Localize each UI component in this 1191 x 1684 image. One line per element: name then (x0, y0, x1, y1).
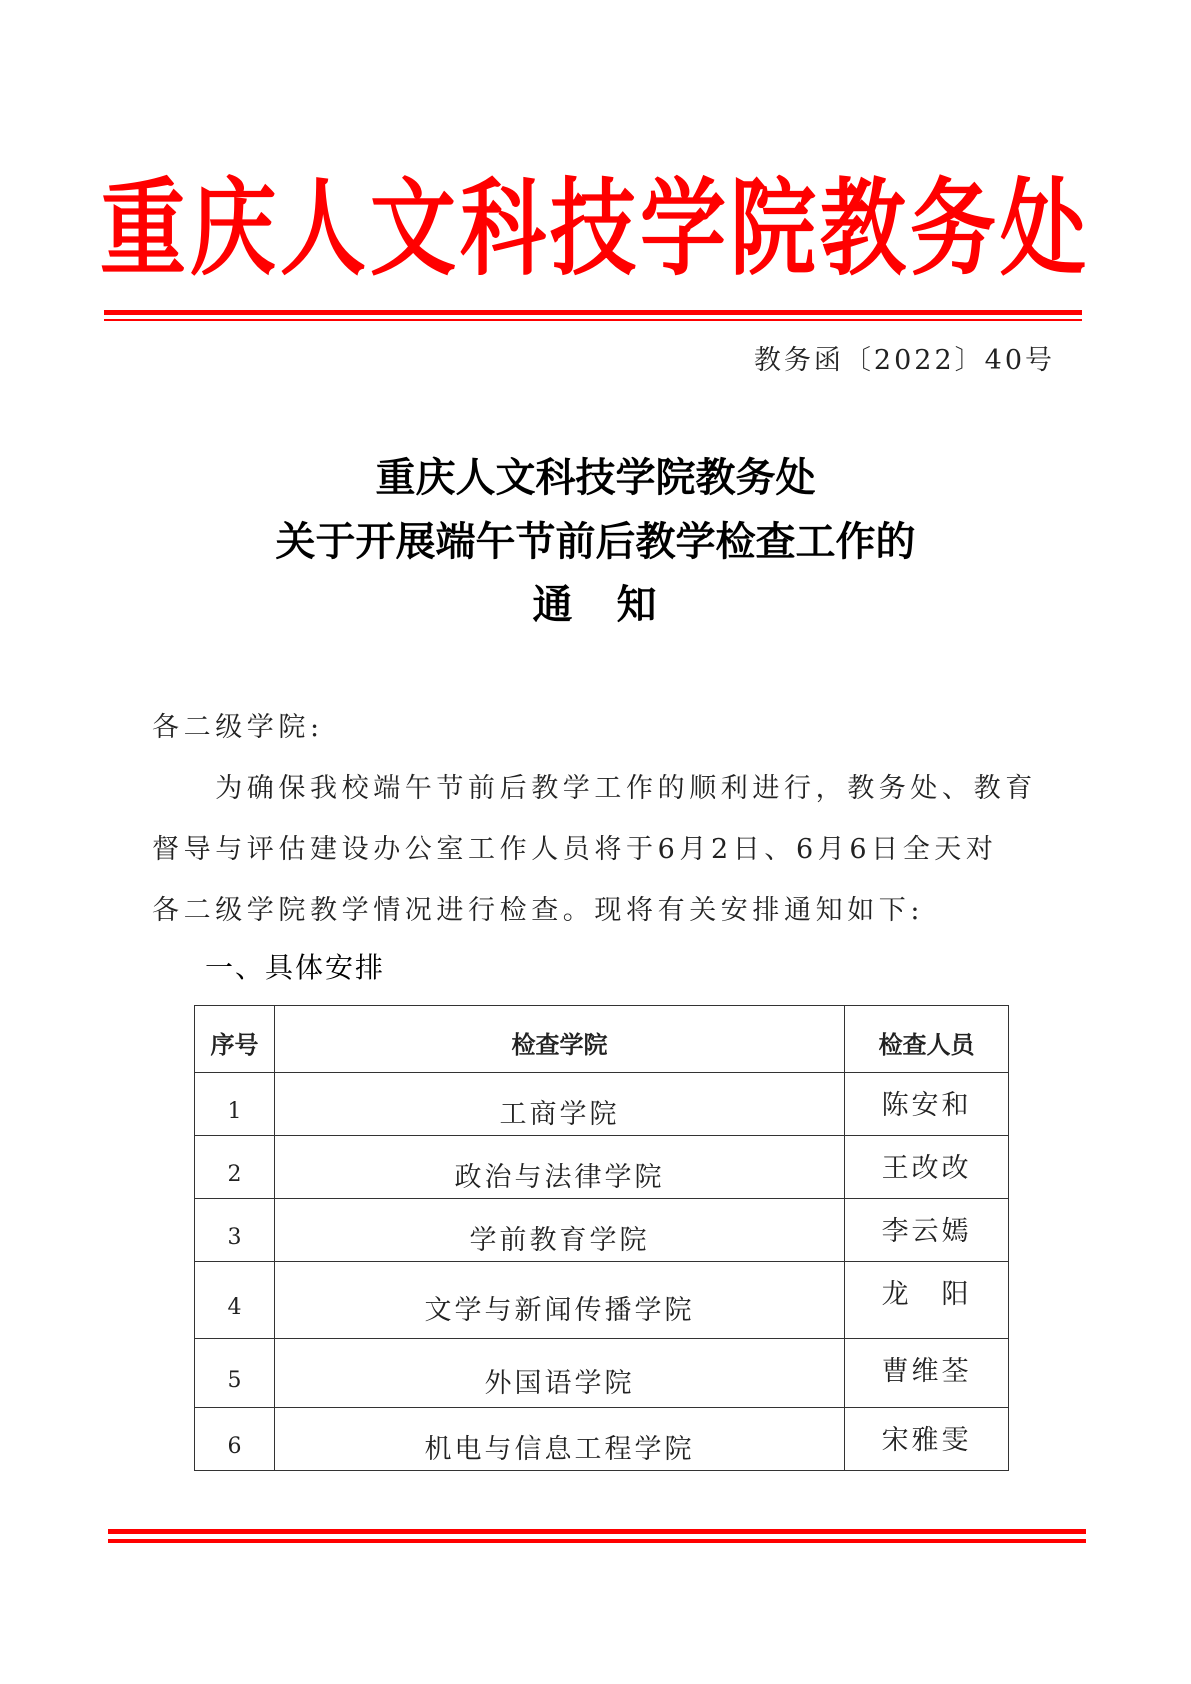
title-line-2: 关于开展端午节前后教学检查工作的 (0, 510, 1191, 567)
row-inspector: 龙 阳 (845, 1262, 1009, 1339)
row-inspector: 李云嫣 (845, 1199, 1009, 1262)
row-inspector: 宋雅雯 (845, 1408, 1009, 1471)
masthead-title: 重庆人文科技学院教务处 (100, 144, 1090, 295)
header-college: 检查学院 (274, 1006, 844, 1073)
document-number: 教务函〔2022〕40号 (754, 338, 1055, 377)
salutation: 各二级学院: (152, 705, 324, 744)
masthead: 重庆人文科技学院教务处 (100, 160, 1090, 280)
row-number: 3 (195, 1199, 275, 1262)
header-inspector: 检查人员 (845, 1006, 1009, 1073)
paragraph-line-3: 各二级学院教学情况进行检查。现将有关安排通知如下: (152, 888, 924, 927)
row-college: 工商学院 (274, 1073, 844, 1136)
row-number: 5 (195, 1339, 275, 1408)
table-row: 6 机电与信息工程学院 宋雅雯 (195, 1408, 1009, 1471)
inspection-schedule-table: 序号 检查学院 检查人员 1 工商学院 陈安和 2 政治与法律学院 王改改 3 … (194, 1005, 1009, 1471)
title-line-1: 重庆人文科技学院教务处 (0, 446, 1191, 503)
row-inspector: 王改改 (845, 1136, 1009, 1199)
row-number: 2 (195, 1136, 275, 1199)
title-line-3: 通 知 (0, 573, 1191, 630)
header-number: 序号 (195, 1006, 275, 1073)
row-college: 学前教育学院 (274, 1199, 844, 1262)
footer-rule-thick (108, 1529, 1086, 1534)
row-inspector: 陈安和 (845, 1073, 1009, 1136)
row-number: 1 (195, 1073, 275, 1136)
paragraph-line-2: 督导与评估建设办公室工作人员将于6月2日、6月6日全天对 (152, 827, 998, 866)
table-row: 3 学前教育学院 李云嫣 (195, 1199, 1009, 1262)
section-heading: 一、具体安排 (205, 946, 385, 986)
row-college: 机电与信息工程学院 (274, 1408, 844, 1471)
table-header-row: 序号 检查学院 检查人员 (195, 1006, 1009, 1073)
row-number: 6 (195, 1408, 275, 1471)
header-rule-thick (104, 310, 1082, 315)
footer-rule-second (108, 1539, 1086, 1543)
table-row: 2 政治与法律学院 王改改 (195, 1136, 1009, 1199)
table-row: 5 外国语学院 曹维荃 (195, 1339, 1009, 1408)
header-rule-thin (104, 319, 1082, 321)
table-row: 4 文学与新闻传播学院 龙 阳 (195, 1262, 1009, 1339)
table-row: 1 工商学院 陈安和 (195, 1073, 1009, 1136)
row-college: 政治与法律学院 (274, 1136, 844, 1199)
row-college: 文学与新闻传播学院 (274, 1262, 844, 1339)
row-inspector: 曹维荃 (845, 1339, 1009, 1408)
row-college: 外国语学院 (274, 1339, 844, 1408)
paragraph-line-1: 为确保我校端午节前后教学工作的顺利进行，教务处、教育 (152, 766, 1037, 805)
row-number: 4 (195, 1262, 275, 1339)
